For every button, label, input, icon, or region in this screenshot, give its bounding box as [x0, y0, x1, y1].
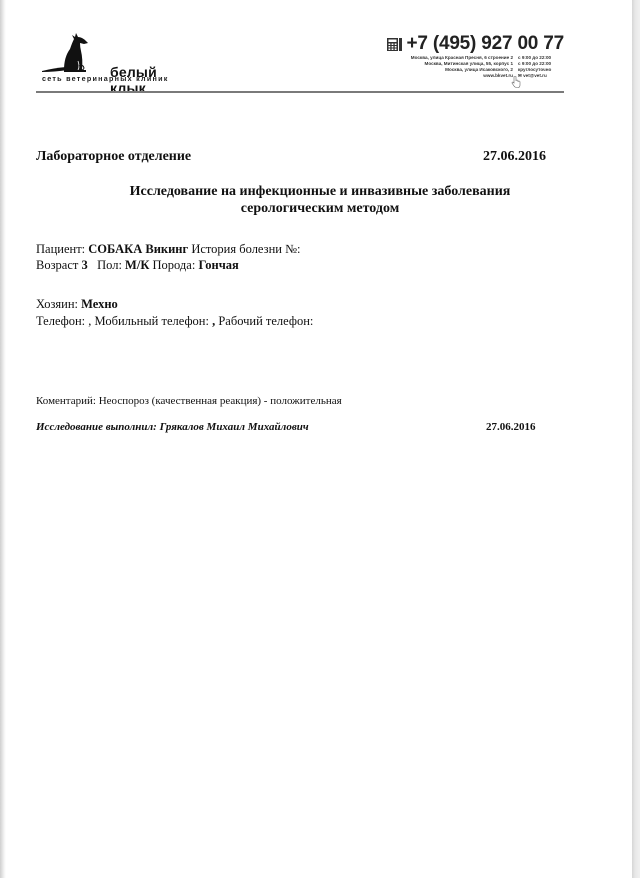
owner-name: Мехно	[81, 297, 118, 311]
phone-label: Телефон:	[36, 314, 85, 328]
phone-calculator-icon	[387, 37, 402, 52]
address-row: www.bkvet.ru ✉ vet@vet.ru	[378, 73, 564, 79]
comment-line: Коментарий: Неоспороз (качественная реак…	[36, 395, 342, 407]
age-value: 3	[81, 258, 87, 272]
report-title: Исследование на инфекционные и инвазивны…	[0, 183, 640, 217]
patient-line: Пациент: СОБАКА Викинг История болезни №…	[36, 242, 300, 257]
performed-label: Исследование выполнил	[36, 421, 153, 433]
comment-label: Коментарий:	[36, 395, 96, 407]
sex-value: М/К	[125, 258, 149, 272]
hand-cursor-icon	[511, 76, 521, 88]
page-right-scroll-edge	[632, 0, 640, 878]
email-link[interactable]: ✉ vet@vet.ru	[518, 73, 564, 79]
age-label: Возраст	[36, 258, 78, 272]
performer-name: Грякалов Михаил Михайлович	[160, 421, 309, 433]
clinic-phone-number[interactable]: +7 (495) 927 00 77	[406, 34, 564, 54]
department-name: Лабораторное отделение	[36, 149, 191, 165]
breed-value: Гончая	[198, 258, 238, 272]
mobile-label: Мобильный телефон:	[95, 314, 209, 328]
comment-text: Неоспороз (качественная реакция) - полож…	[99, 395, 342, 407]
comma-separator: ,	[85, 314, 91, 328]
sex-label: Пол:	[97, 258, 122, 272]
history-label: История болезни №:	[191, 242, 300, 256]
website-link[interactable]: www.bkvet.ru	[483, 73, 513, 79]
clinic-logo: белый клык сеть ветеринарных клиник	[40, 33, 180, 85]
phone-row: +7 (495) 927 00 77	[387, 34, 564, 54]
report-date: 27.06.2016	[483, 149, 546, 165]
owner-line: Хозяин: Мехно	[36, 297, 118, 312]
work-phone-label: Рабочий телефон:	[218, 314, 313, 328]
owner-phones-line: Телефон: , Мобильный телефон: , Рабочий …	[36, 314, 313, 329]
breed-label: Порода:	[153, 258, 196, 272]
dog-logo-icon	[42, 33, 112, 75]
brand-tagline: сеть ветеринарных клиник	[42, 74, 169, 83]
report-title-line2: серологическим методом	[0, 200, 640, 217]
owner-label: Хозяин:	[36, 297, 78, 311]
performed-by-line: Исследование выполнил: Грякалов Михаил М…	[36, 421, 309, 433]
comma-separator: ,	[212, 314, 215, 328]
patient-details-line: Возраст 3 Пол: М/К Порода: Гончая	[36, 258, 239, 273]
patient-name: СОБАКА Викинг	[88, 242, 188, 256]
report-title-line1: Исследование на инфекционные и инвазивны…	[0, 183, 640, 200]
clinic-addresses: Москва, улица Красная Пресня, 6 строение…	[378, 55, 564, 79]
patient-label: Пациент:	[36, 242, 85, 256]
page-left-shadow	[0, 0, 6, 878]
header-divider	[36, 91, 564, 93]
performed-date: 27.06.2016	[486, 421, 536, 433]
